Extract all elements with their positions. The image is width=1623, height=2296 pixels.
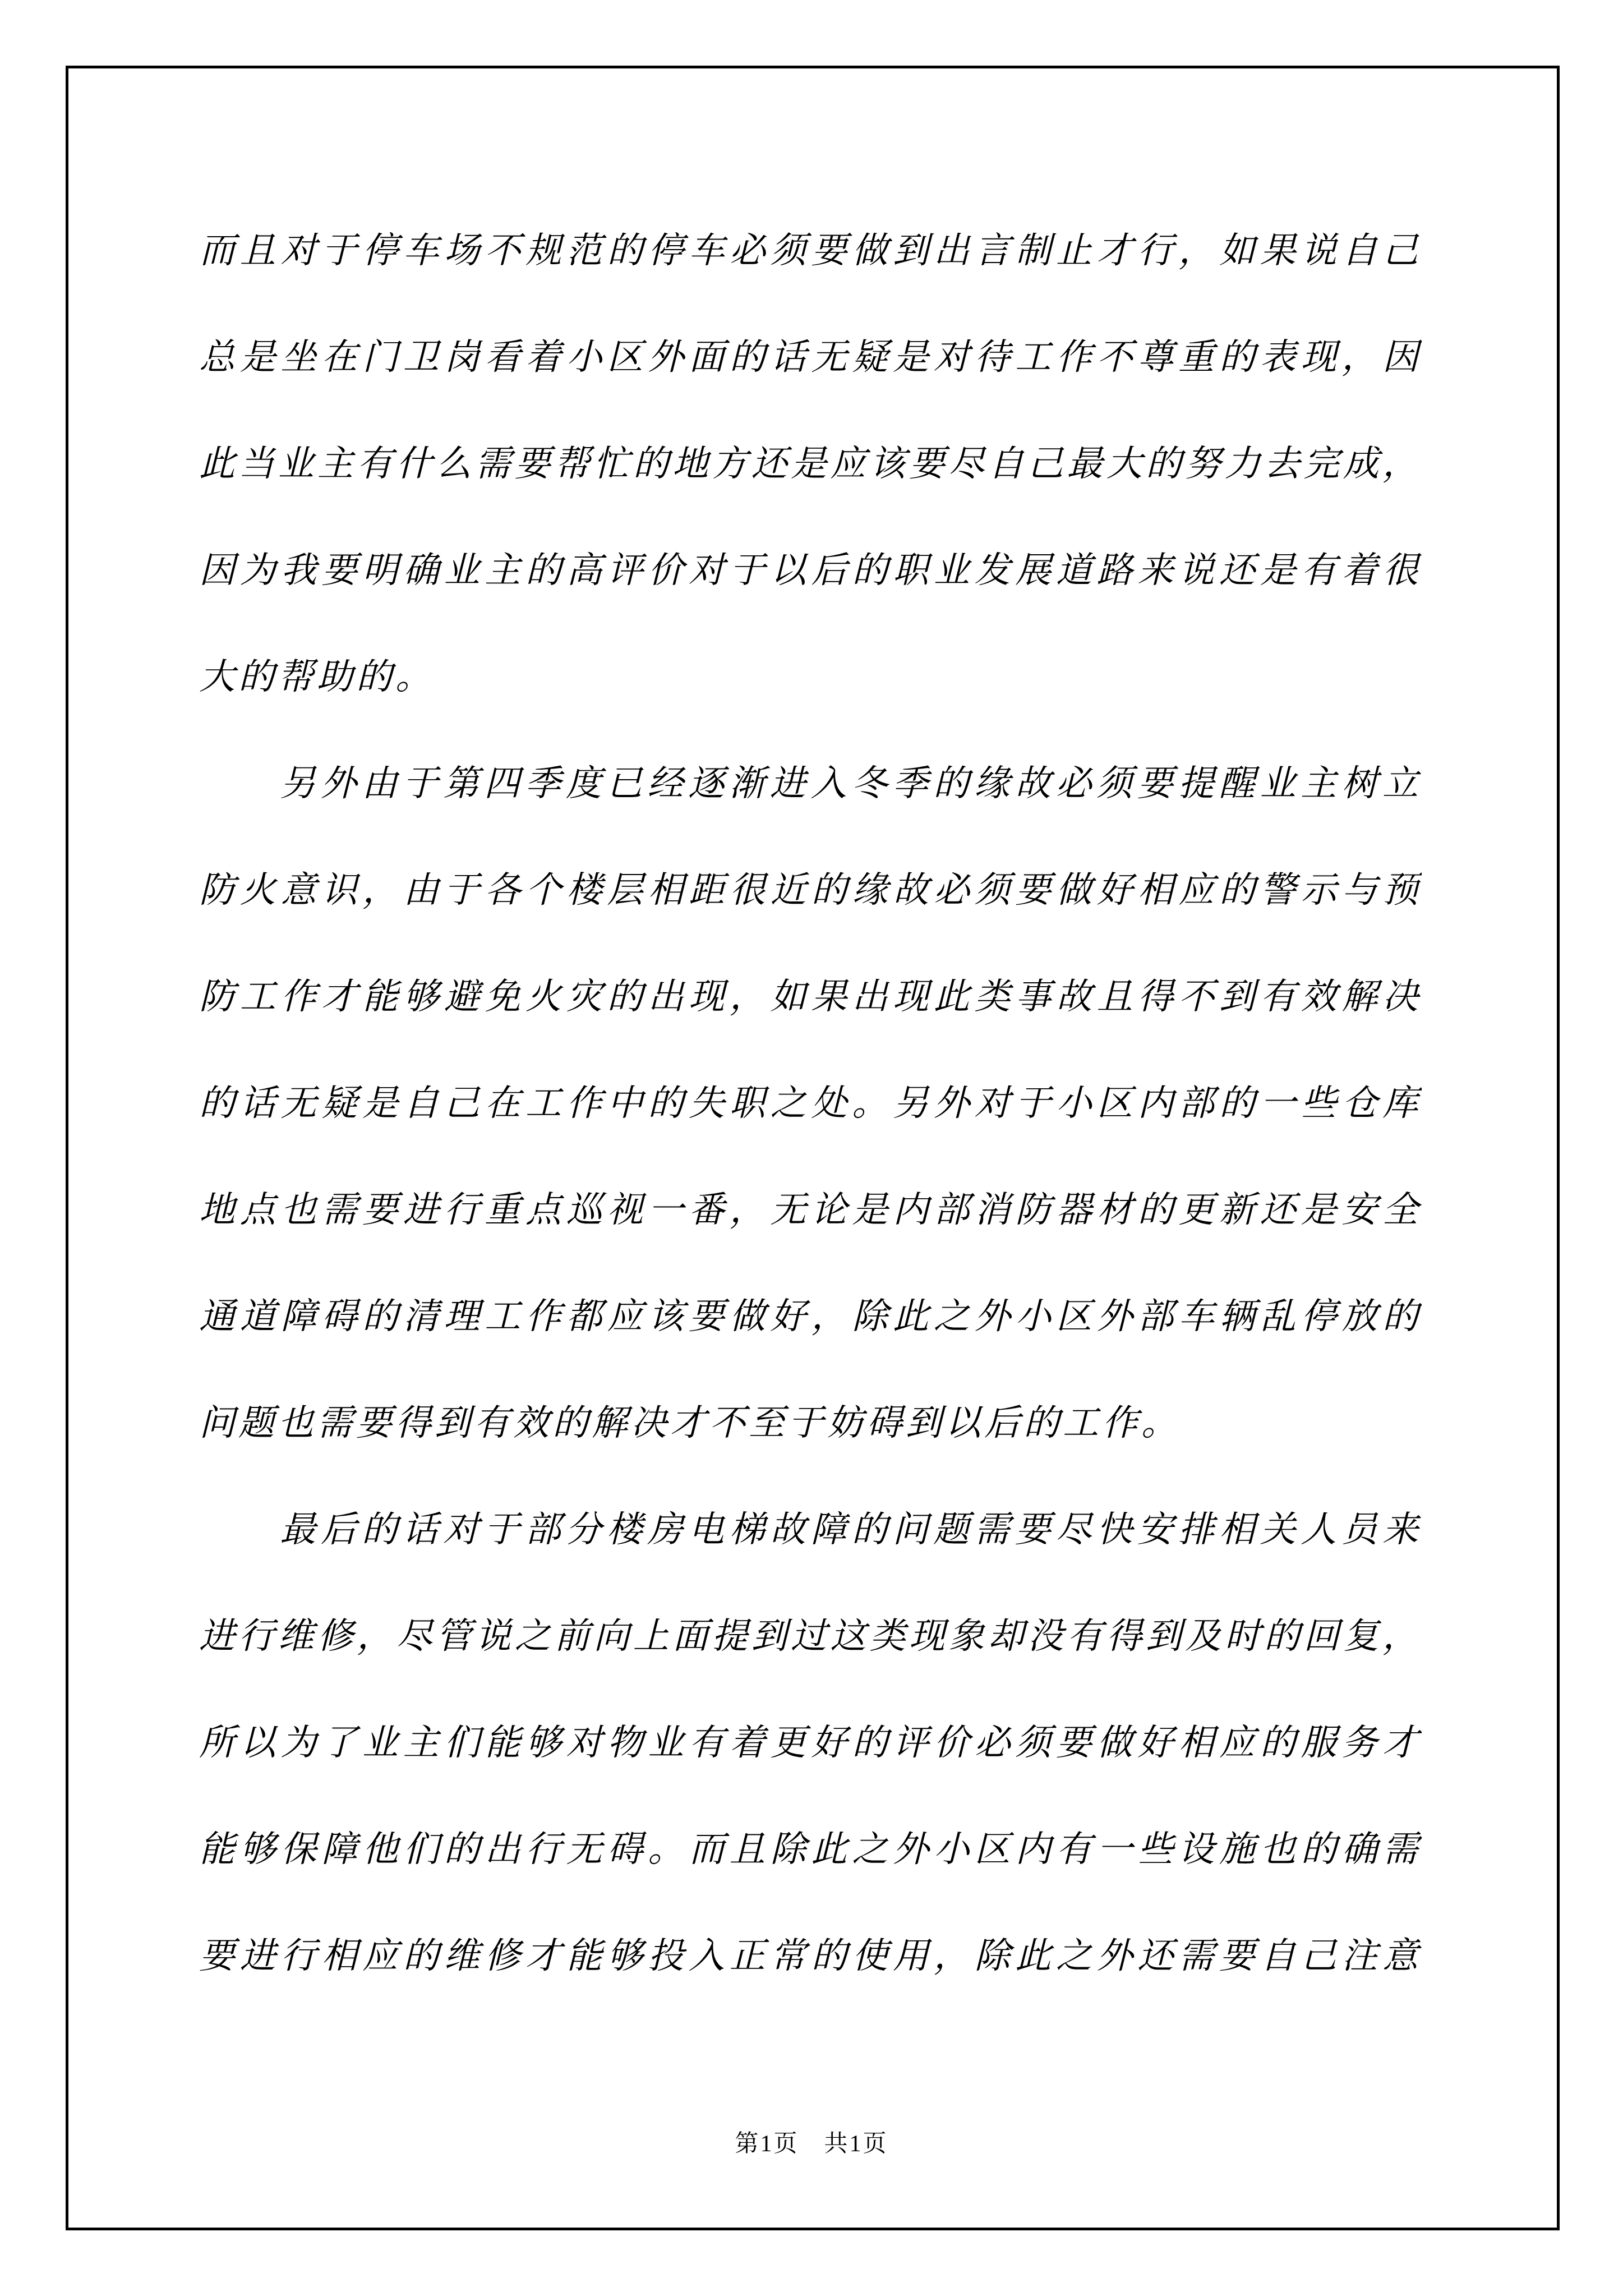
- text-line: 防火意识，由于各个楼层相距很近的缘故必须要做好相应的警示与预: [199, 837, 1422, 944]
- text-line: 所以为了业主们能够对物业有着更好的评价必须要做好相应的服务才: [199, 1690, 1422, 1796]
- text-line: 此当业主有什么需要帮忙的地方还是应该要尽自己最大的努力去完成，: [199, 411, 1422, 517]
- paragraph-1: 而且对于停车场不规范的停车必须要做到出言制止才行，如果说自己 总是坐在门卫岗看着…: [199, 197, 1422, 730]
- text-line: 能够保障他们的出行无碍。而且除此之外小区内有一些设施也的确需: [199, 1796, 1422, 1903]
- page-footer: 第1页 共1页: [0, 2127, 1623, 2161]
- text-line: 的话无疑是自己在工作中的失职之处。另外对于小区内部的一些仓库: [199, 1050, 1422, 1157]
- text-line: 总是坐在门卫岗看着小区外面的话无疑是对待工作不尊重的表现，因: [199, 304, 1422, 411]
- text-line: 因为我要明确业主的高评价对于以后的职业发展道路来说还是有着很: [199, 517, 1422, 624]
- text-line: 地点也需要进行重点巡视一番，无论是内部消防器材的更新还是安全: [199, 1157, 1422, 1263]
- page-content: 而且对于停车场不规范的停车必须要做到出言制止才行，如果说自己 总是坐在门卫岗看着…: [199, 197, 1422, 2009]
- paragraph-3: 最后的话对于部分楼房电梯故障的问题需要尽快安排相关人员来 进行维修，尽管说之前向…: [199, 1476, 1422, 2009]
- text-line: 问题也需要得到有效的解决才不至于妨碍到以后的工作。: [199, 1370, 1422, 1476]
- text-line: 通道障碍的清理工作都应该要做好，除此之外小区外部车辆乱停放的: [199, 1263, 1422, 1370]
- text-line: 要进行相应的维修才能够投入正常的使用，除此之外还需要自己注意: [199, 1903, 1422, 2009]
- text-line: 大的帮助的。: [199, 624, 1422, 730]
- text-line: 防工作才能够避免火灾的出现，如果出现此类事故且得不到有效解决: [199, 944, 1422, 1050]
- text-line: 另外由于第四季度已经逐渐进入冬季的缘故必须要提醒业主树立: [199, 730, 1422, 837]
- text-line: 进行维修，尽管说之前向上面提到过这类现象却没有得到及时的回复，: [199, 1583, 1422, 1690]
- page-number-label: 第1页 共1页: [735, 2131, 888, 2157]
- text-line: 而且对于停车场不规范的停车必须要做到出言制止才行，如果说自己: [199, 197, 1422, 304]
- text-line: 最后的话对于部分楼房电梯故障的问题需要尽快安排相关人员来: [199, 1476, 1422, 1583]
- paragraph-2: 另外由于第四季度已经逐渐进入冬季的缘故必须要提醒业主树立 防火意识，由于各个楼层…: [199, 730, 1422, 1476]
